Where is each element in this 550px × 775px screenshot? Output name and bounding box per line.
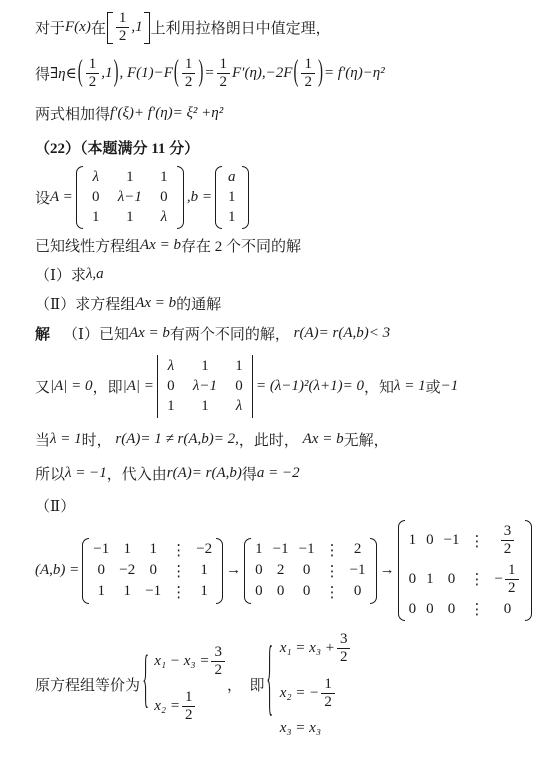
math-run: f′(ξ)+ f′(η)= ξ² +η² xyxy=(110,105,223,122)
left-paren xyxy=(244,538,251,604)
text-run: 存在 2 个不同的解 xyxy=(181,235,301,256)
text-run: 所以 xyxy=(35,463,65,484)
math-run: = f′(η)−η² xyxy=(324,65,385,82)
math-run: = xyxy=(204,65,214,82)
fraction-denominator: 2 xyxy=(217,74,231,91)
fraction-denominator: 2 xyxy=(301,74,315,91)
math-run: Ax = b xyxy=(303,431,344,448)
matrix-cell: 0 xyxy=(92,189,100,206)
determinant-right-bar xyxy=(252,355,253,418)
math-run: , F(1)−F xyxy=(119,65,172,82)
matrix-cell: 1 xyxy=(126,169,134,186)
matrix-cell: λ xyxy=(93,169,100,186)
equivalent-system-line: 原方程组等价为 { x₁ − x₃ = 32 x₂ = 12 ， 即 { x₁ … xyxy=(35,631,544,737)
matrix-cell: 0 xyxy=(448,601,456,618)
determinant-line: 又|A| = 0，即|A| = λ11 0λ−10 11λ = (λ−1)²(λ… xyxy=(35,355,544,418)
text-run: ，知 xyxy=(364,376,394,397)
arrow-icon: → xyxy=(226,562,241,579)
left-paren xyxy=(398,520,405,621)
math-run: r(A)= r(A,b)< 3 xyxy=(294,325,390,342)
augmentation-dots: ⋮ xyxy=(171,583,186,601)
determinant-A: λ11 0λ−10 11λ xyxy=(157,355,253,418)
problem-number-and-score: （22）（本题满分 11 分） xyxy=(35,137,199,158)
text-run: 两式相加得 xyxy=(35,103,110,124)
vector-b-grid: a 1 1 xyxy=(222,166,242,229)
math-run: |A| = xyxy=(123,378,154,395)
matrix-cell: 1 xyxy=(167,398,175,415)
matrix-cell: 0 xyxy=(426,532,434,549)
text-run: （Ⅰ）已知 xyxy=(63,323,129,344)
matrix-cell: 0 xyxy=(277,583,285,600)
augmentation-dots: ⋮ xyxy=(470,600,485,618)
math-run: λ = 1 xyxy=(50,431,82,448)
fraction-numerator: 3 xyxy=(501,523,515,541)
text-run: 时， xyxy=(82,429,116,450)
augmented-matrix-1-grid: −111⋮−2 0−20⋮1 11−1⋮1 xyxy=(89,538,216,604)
fraction-numerator: 3 xyxy=(337,631,351,649)
right-paren xyxy=(177,166,184,229)
math-run: = (λ−1)²(λ+1)= 0 xyxy=(256,378,364,395)
fraction-numerator: 1 xyxy=(116,10,130,28)
fraction-numerator: 1 xyxy=(217,56,231,74)
fraction: 12 xyxy=(116,10,130,46)
matrix-cell: −2 xyxy=(119,562,135,579)
augmented-matrix-2: 1−1−1⋮2 020⋮−1 000⋮0 xyxy=(244,538,376,604)
lagrange-intro-line: 对于F(x)在 12 ,1 上利用拉格朗日中值定理， xyxy=(35,10,544,46)
right-paren: ) xyxy=(318,56,323,91)
math-run: a = −2 xyxy=(257,465,300,482)
matrix-cell: −12 xyxy=(495,562,521,598)
right-square-bracket xyxy=(144,12,150,44)
matrix-cell: 0 xyxy=(409,571,417,588)
fraction-numerator: 1 xyxy=(301,56,315,74)
matrix-cell: λ xyxy=(236,398,243,415)
left-paren xyxy=(82,538,89,604)
math-run: x₁ − x₃ = xyxy=(154,653,209,670)
math-run: F(x) xyxy=(65,19,91,36)
text-run: 又 xyxy=(35,376,50,397)
lambda-1-case-line: 当λ = 1时， r(A)= 1 ≠ r(A,b)= 2,，此时， Ax = b… xyxy=(35,429,544,450)
text-run: 在 xyxy=(91,17,106,38)
math-run: x₃ = x₃ xyxy=(280,720,321,737)
fraction: 12 xyxy=(217,56,231,92)
matrix-cell: λ−1 xyxy=(118,189,142,206)
row-reduction-line: (A,b) = −111⋮−2 0−20⋮1 11−1⋮1 → 1−1−1⋮2 … xyxy=(35,520,544,621)
math-run: −1 xyxy=(441,378,459,395)
left-paren xyxy=(215,166,222,229)
matrix-cell: 0 xyxy=(504,601,512,618)
matrix-A: λ11 0λ−10 11λ xyxy=(76,166,184,229)
arrow-icon: → xyxy=(380,562,395,579)
left-paren xyxy=(76,166,83,229)
fraction-denominator: 2 xyxy=(501,541,515,558)
matrix-cell: 0 xyxy=(235,378,243,395)
math-run: |A| = 0 xyxy=(50,378,93,395)
system-1-row-2: x₂ = 12 xyxy=(154,689,197,725)
system-1-row-1: x₁ − x₃ = 32 xyxy=(154,644,227,680)
fraction-denominator: 2 xyxy=(505,580,519,597)
matrix-cell: 1 xyxy=(426,571,434,588)
fraction-numerator: 3 xyxy=(211,644,225,662)
matrix-cell: −1 xyxy=(444,532,460,549)
text-run: ，即 xyxy=(93,376,123,397)
text-run: 无解， xyxy=(344,429,389,450)
matrix-cell: 1 xyxy=(200,562,208,579)
math-run: r(A)= r(A,b) xyxy=(167,465,242,482)
part-2-question: （Ⅱ）求方程组Ax = b的通解 xyxy=(35,293,544,314)
left-brace: { xyxy=(267,636,273,733)
matrix-cell: 0 xyxy=(160,189,168,206)
text-run: ，此时， xyxy=(239,429,303,450)
fraction-denominator: 2 xyxy=(182,707,196,724)
fraction-denominator: 2 xyxy=(321,694,335,711)
matrix-cell: 1 xyxy=(201,398,209,415)
right-paren xyxy=(370,538,377,604)
matrix-cell: 0 xyxy=(149,562,157,579)
text-run: 已知线性方程组 xyxy=(35,235,140,256)
matrix-cell: 1 xyxy=(235,358,243,375)
fraction: 12 xyxy=(182,56,196,92)
matrix-cell: λ xyxy=(161,209,168,226)
matrix-cell: 1 xyxy=(409,532,417,549)
math-run: ,1 xyxy=(131,19,142,36)
system-2: x₁ = x₃ + 32 x₂ = − 12 x₃ = x₃ xyxy=(280,631,353,737)
matrix-cell: 1 xyxy=(92,209,100,226)
augmented-matrix-1: −111⋮−2 0−20⋮1 11−1⋮1 xyxy=(82,538,223,604)
text-run: 有两个不同的解， xyxy=(170,323,294,344)
matrix-cell: 0 xyxy=(167,378,175,395)
matrix-cell: 1 xyxy=(160,169,168,186)
fraction-numerator: 1 xyxy=(182,689,196,707)
math-run: x₂ = − xyxy=(280,685,320,702)
right-paren xyxy=(216,538,223,604)
matrix-cell: 0 xyxy=(303,583,311,600)
text-run: 上利用拉格朗日中值定理， xyxy=(151,17,331,38)
system-2-row-1: x₁ = x₃ + 32 xyxy=(280,631,353,667)
math-run: (A,b) = xyxy=(35,562,79,579)
fraction-denominator: 2 xyxy=(337,649,351,666)
left-brace: { xyxy=(142,647,148,720)
math-run: ∃η∈ xyxy=(50,64,77,83)
known-condition-line: 已知线性方程组Ax = b存在 2 个不同的解 xyxy=(35,235,544,256)
fraction: 12 xyxy=(182,689,196,725)
augmentation-dots: ⋮ xyxy=(171,541,186,559)
matrix-A-grid: λ11 0λ−10 11λ xyxy=(83,166,177,229)
matrix-cell: −1 xyxy=(299,541,315,558)
augmentation-dots: ⋮ xyxy=(325,541,340,559)
matrix-cell: −1 xyxy=(350,562,366,579)
right-paren xyxy=(525,520,532,621)
left-square-bracket xyxy=(107,12,113,44)
text-run: （Ⅰ）求 xyxy=(35,264,86,285)
fraction-denominator: 2 xyxy=(86,74,100,91)
fraction-denominator: 2 xyxy=(116,28,130,45)
math-run: Ax = b xyxy=(135,295,176,312)
math-run: F′(η),−2F xyxy=(232,65,292,82)
augmentation-dots: ⋮ xyxy=(325,562,340,580)
matrix-cell: 0 xyxy=(409,601,417,618)
part-1-question: （Ⅰ）求λ,a xyxy=(35,264,544,285)
matrix-cell: 1 xyxy=(201,358,209,375)
augmented-matrix-3-grid: 10−1⋮32 010⋮−12 000⋮0 xyxy=(405,520,525,621)
matrix-cell: −1 xyxy=(273,541,289,558)
math-run: Ax = b xyxy=(129,325,170,342)
math-run: ,1 xyxy=(101,65,112,82)
text-run: 得 xyxy=(242,463,257,484)
math-run: λ = −1 xyxy=(65,465,107,482)
matrix-cell: 1 xyxy=(228,189,236,206)
matrix-definition-line: 设 A = λ11 0λ−10 11λ ,b = a 1 1 xyxy=(35,166,544,229)
matrix-cell: 1 xyxy=(149,541,157,558)
problem-22-heading: （22）（本题满分 11 分） xyxy=(35,137,544,158)
minus-sign: − xyxy=(495,571,503,588)
fraction: 12 xyxy=(301,56,315,92)
lagrange-equation-line: 得∃η∈ ( 12 ,1 ) , F(1)−F ( 12 ) = 12 F′(η… xyxy=(35,56,544,92)
matrix-cell: −1 xyxy=(145,583,161,600)
left-paren: ( xyxy=(174,56,179,91)
text-run: 的通解 xyxy=(176,293,221,314)
solution-label: 解 xyxy=(35,323,50,344)
determinant-grid: λ11 0λ−10 11λ xyxy=(158,355,252,418)
fraction: 32 xyxy=(211,644,225,680)
augmented-matrix-2-grid: 1−1−1⋮2 020⋮−1 000⋮0 xyxy=(251,538,369,604)
fraction-numerator: 1 xyxy=(182,56,196,74)
text-run: 设 xyxy=(35,187,50,208)
math-run: r(A)= 1 ≠ r(A,b)= 2, xyxy=(115,431,238,448)
system-2-row-3: x₃ = x₃ xyxy=(280,720,321,737)
augmentation-dots: ⋮ xyxy=(325,583,340,601)
fraction-numerator: 1 xyxy=(86,56,100,74)
matrix-cell: λ−1 xyxy=(193,378,217,395)
text-run: ， 即 xyxy=(227,674,265,695)
matrix-cell: 0 xyxy=(303,562,311,579)
matrix-cell: 0 xyxy=(354,583,362,600)
math-run: λ = 1 xyxy=(394,378,426,395)
solution-part-1-line: 解（Ⅰ）已知Ax = b有两个不同的解， r(A)= r(A,b)< 3 xyxy=(35,323,544,344)
fraction-numerator: 1 xyxy=(505,562,519,580)
matrix-cell: 0 xyxy=(255,583,263,600)
matrix-cell: 0 xyxy=(448,571,456,588)
math-run: Ax = b xyxy=(140,237,181,254)
right-paren: ) xyxy=(198,56,203,91)
text-run: 或 xyxy=(426,376,441,397)
math-solution-document: 对于F(x)在 12 ,1 上利用拉格朗日中值定理， 得∃η∈ ( 12 ,1 … xyxy=(0,0,550,737)
math-run: λ,a xyxy=(86,266,104,283)
matrix-cell: 0 xyxy=(255,562,263,579)
matrix-cell: a xyxy=(228,169,236,186)
matrix-cell: 2 xyxy=(354,541,362,558)
matrix-cell: 1 xyxy=(123,583,131,600)
matrix-cell: 1 xyxy=(255,541,263,558)
matrix-cell: 0 xyxy=(98,562,106,579)
matrix-cell: 1 xyxy=(98,583,106,600)
text-run: 当 xyxy=(35,429,50,450)
matrix-cell: 1 xyxy=(126,209,134,226)
left-paren: ( xyxy=(78,56,83,91)
fraction: 12 xyxy=(505,562,519,598)
right-paren: ) xyxy=(113,56,118,91)
fraction-denominator: 2 xyxy=(182,74,196,91)
system-2-row-2: x₂ = − 12 xyxy=(280,676,337,712)
matrix-cell: 1 xyxy=(123,541,131,558)
matrix-cell: −1 xyxy=(93,541,109,558)
fraction-numerator: 1 xyxy=(321,676,335,694)
system-1: x₁ − x₃ = 32 x₂ = 12 xyxy=(154,644,227,724)
fraction: 12 xyxy=(86,56,100,92)
text-run: （Ⅱ） xyxy=(35,495,75,516)
augmentation-dots: ⋮ xyxy=(171,562,186,580)
augmentation-dots: ⋮ xyxy=(470,570,485,588)
part-2-label: （Ⅱ） xyxy=(35,495,544,516)
text-run: ，代入由 xyxy=(107,463,167,484)
text-run: 原方程组等价为 xyxy=(35,674,140,695)
text-run: （Ⅱ）求方程组 xyxy=(35,293,135,314)
matrix-cell: 1 xyxy=(200,583,208,600)
math-run: A = xyxy=(50,189,73,206)
math-run: x₁ = x₃ + xyxy=(280,640,335,657)
sum-equation-line: 两式相加得f′(ξ)+ f′(η)= ξ² +η² xyxy=(35,103,544,124)
right-paren xyxy=(242,166,249,229)
augmented-matrix-3: 10−1⋮32 010⋮−12 000⋮0 xyxy=(398,520,532,621)
text-run: 对于 xyxy=(35,17,65,38)
lambda-minus-1-line: 所以λ = −1，代入由r(A)= r(A,b)得a = −2 xyxy=(35,463,544,484)
matrix-cell: 2 xyxy=(277,562,285,579)
matrix-cell: −2 xyxy=(196,541,212,558)
fraction: 12 xyxy=(321,676,335,712)
matrix-cell: 1 xyxy=(228,209,236,226)
fraction: 32 xyxy=(337,631,351,667)
fraction-denominator: 2 xyxy=(211,662,225,679)
left-paren: ( xyxy=(293,56,298,91)
augmentation-dots: ⋮ xyxy=(470,532,485,550)
text-run: 得 xyxy=(35,63,50,84)
math-run: x₂ = xyxy=(154,698,180,715)
fraction: 32 xyxy=(501,523,515,559)
math-run: ,b = xyxy=(187,189,212,206)
matrix-cell: 0 xyxy=(426,601,434,618)
vector-b: a 1 1 xyxy=(215,166,249,229)
matrix-cell: λ xyxy=(168,358,175,375)
